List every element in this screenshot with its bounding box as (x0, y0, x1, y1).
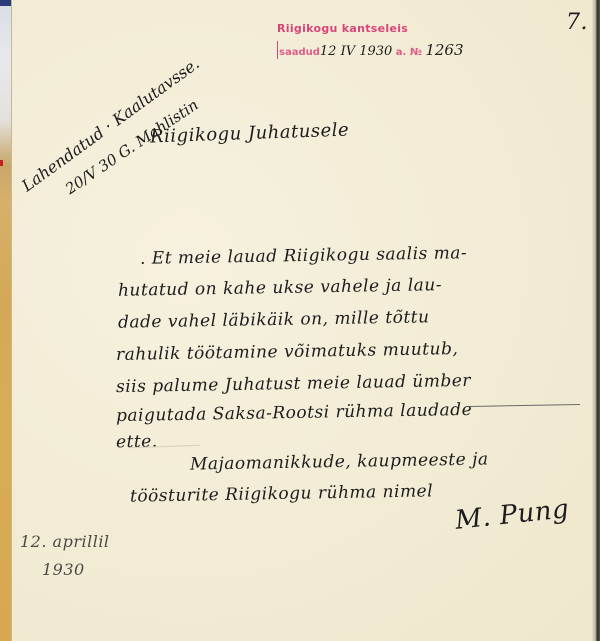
stamp-number: 1263 (425, 41, 463, 59)
date-note-year: 1930 (42, 560, 85, 579)
stamp-received-date: 12 IV 1930 (320, 44, 392, 59)
body-line: ette. (116, 432, 158, 453)
stamp-year-suffix: a. (396, 47, 407, 58)
stamp-office: Riigikogu kantseleis (277, 22, 464, 35)
binding-top-mark (0, 0, 11, 6)
document-scan: 7. Riigikogu kantseleis saadud12 IV 1930… (0, 0, 600, 641)
binding-strip (0, 0, 12, 641)
date-note-day: 12. aprillil (20, 532, 110, 551)
page-number: 7. (566, 10, 588, 35)
received-stamp: Riigikogu kantseleis saadud12 IV 1930 a.… (277, 22, 464, 59)
stamp-number-label: № (410, 47, 422, 58)
stamp-received-label: saadud (279, 47, 320, 58)
stamp-received-line: saadud12 IV 1930 a. № 1263 (277, 41, 464, 59)
binding-red-mark (0, 160, 3, 166)
page-right-edge (592, 0, 600, 641)
